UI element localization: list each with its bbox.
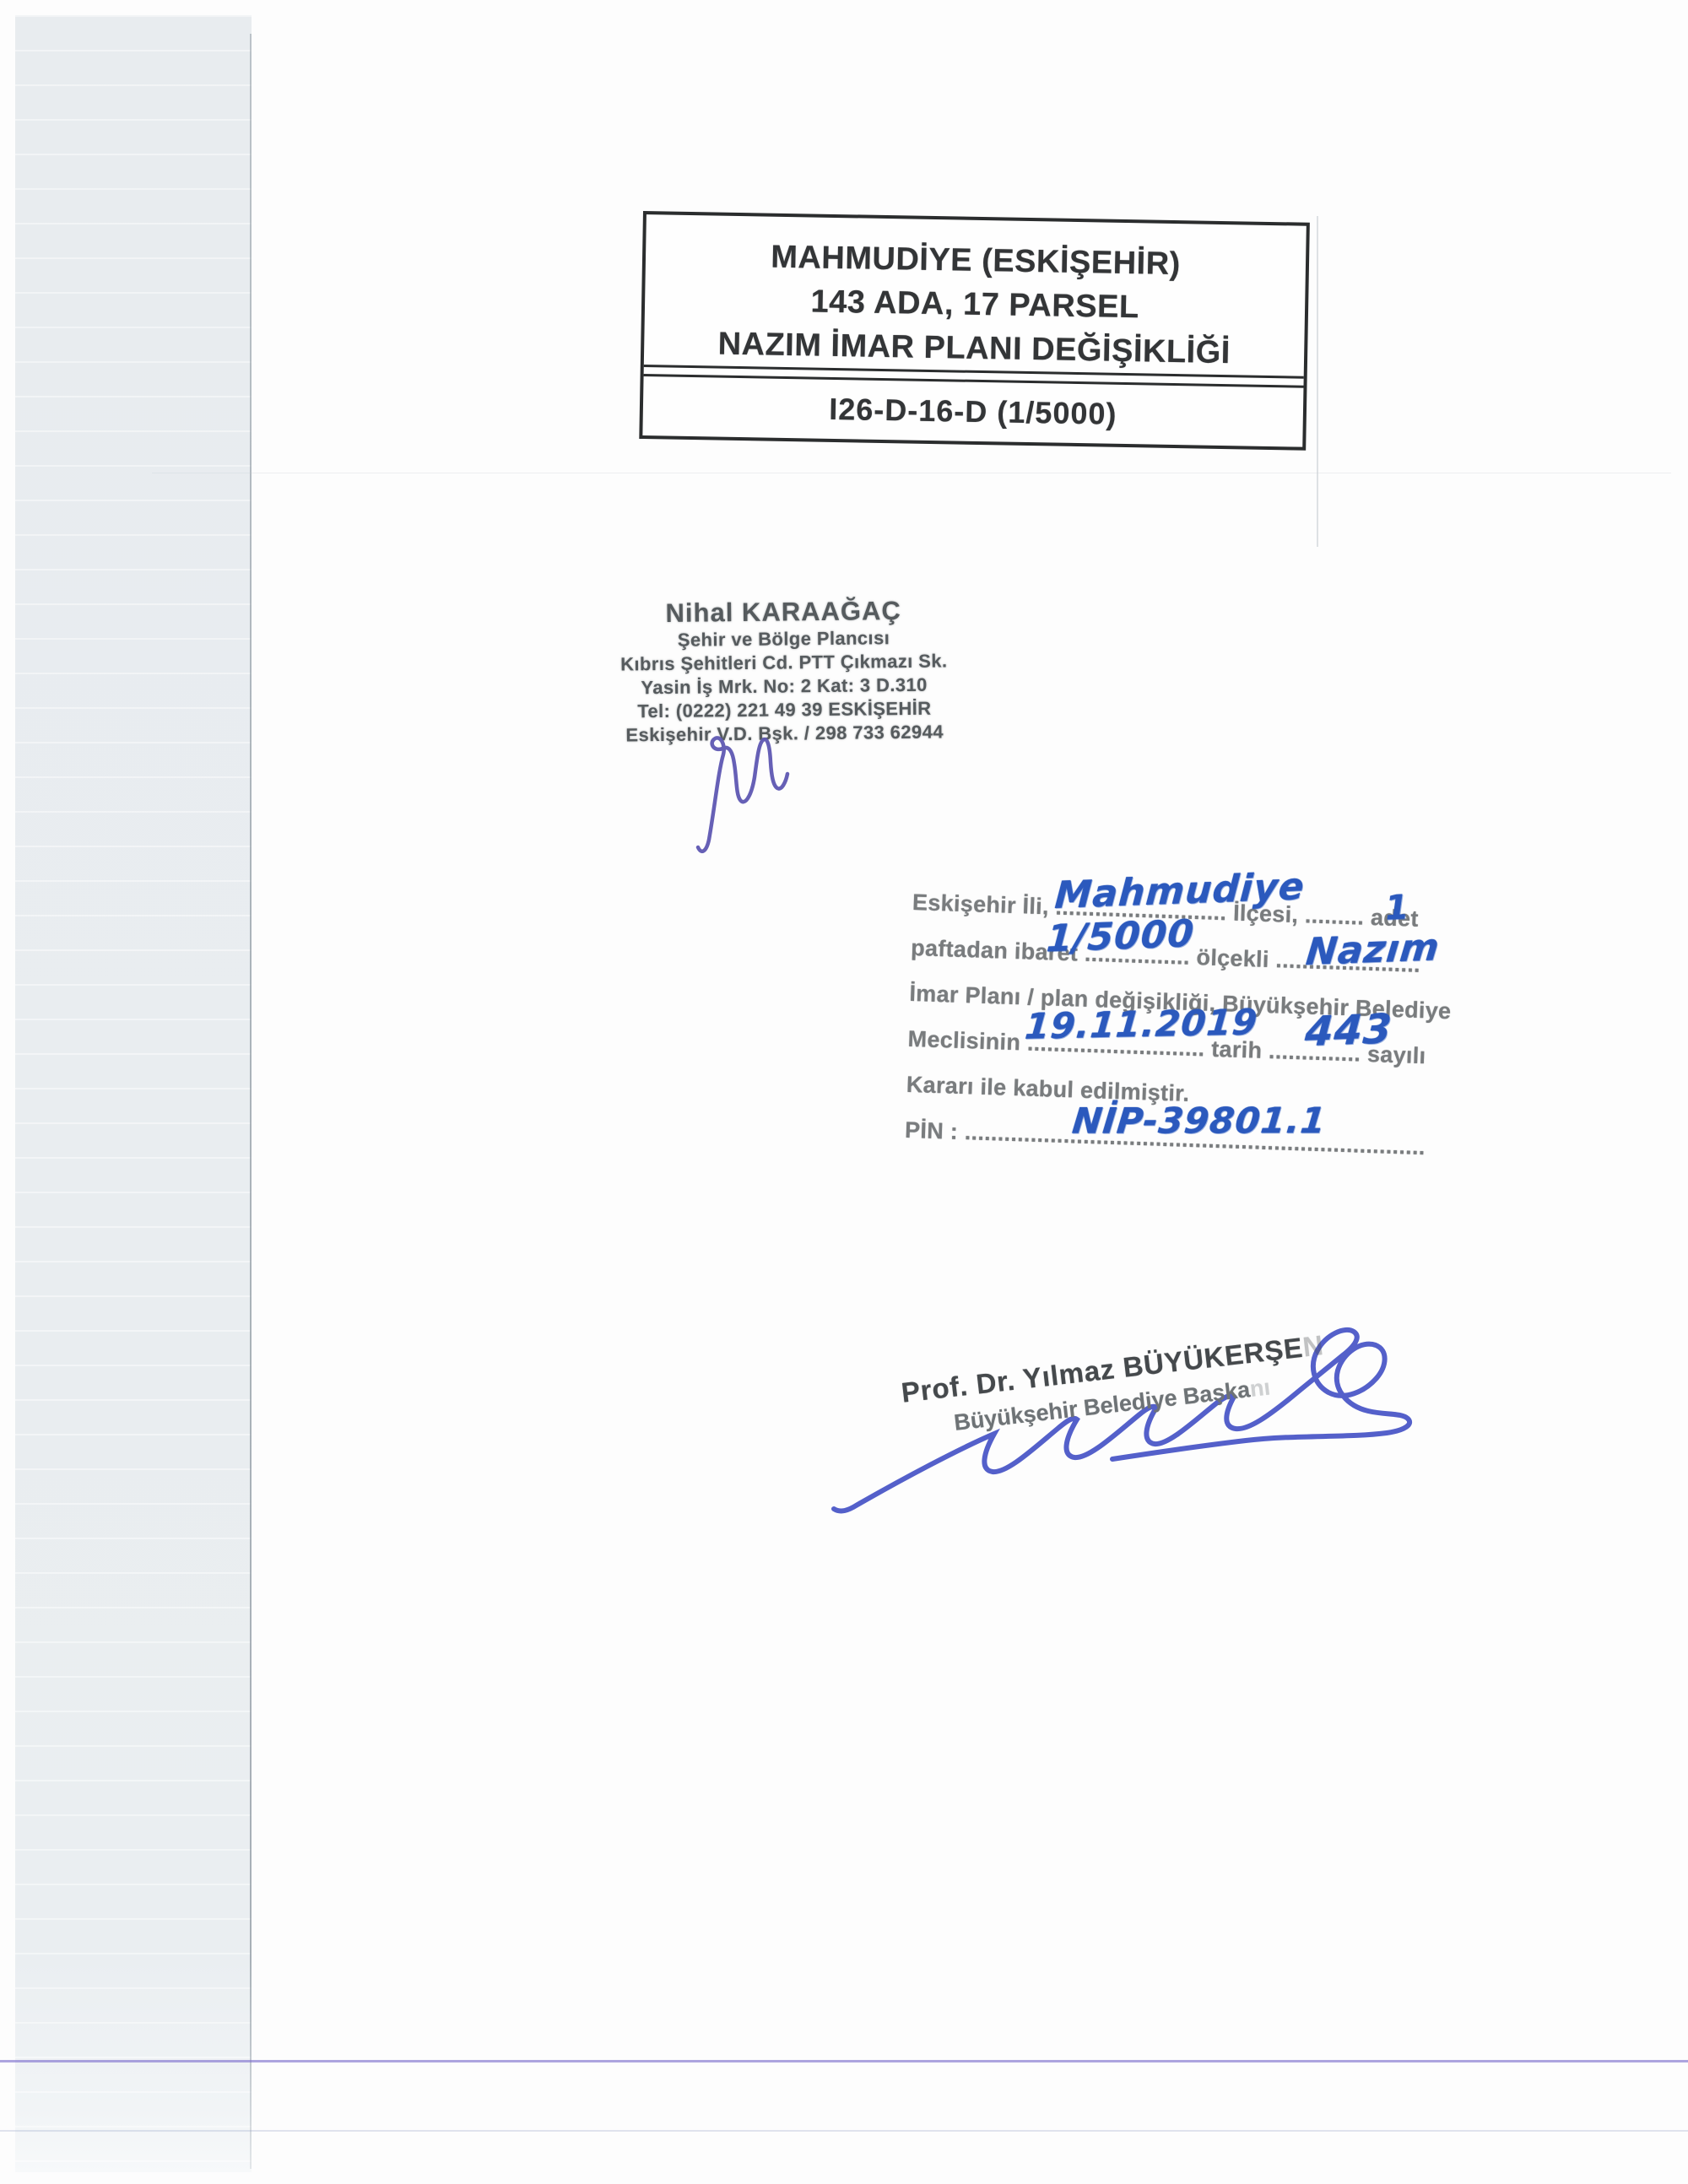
scanner-artifact-faint-line [0,2130,1688,2132]
title-box-edge-artifact [1317,216,1318,547]
plan-title-box: MAHMUDİYE (ESKİŞEHİR) 143 ADA, 17 PARSEL… [639,211,1310,451]
handwritten-decision-date: 19.11.2019 [1023,1001,1259,1046]
planner-signature-stroke [698,738,787,851]
plan-title-upper: MAHMUDİYE (ESKİŞEHİR) 143 ADA, 17 PARSEL… [644,214,1307,376]
page-edge-line [250,34,252,2169]
handwritten-decision-number: 443 [1303,1005,1393,1056]
page-edge-strip [15,15,252,2172]
scanner-artifact-purple-line [0,2060,1688,2062]
planner-signature-icon [675,726,802,861]
handwritten-scale: 1/5000 [1045,912,1196,961]
scanner-streak-line [152,473,1671,473]
planner-stamp: Nihal KARAAĞAÇ Şehir ve Bölge Plancısı K… [581,595,987,748]
mayor-name-cut: N [1301,1329,1326,1363]
mayor-title-cut: nı [1248,1374,1271,1402]
planner-name: Nihal KARAAĞAÇ [581,595,986,630]
approval-stamp: Eskişehir İli, .........................… [904,879,1554,1174]
sheet-code: I26-D-16-D (1/5000) [829,392,1117,432]
handwritten-plan-type: Nazım [1304,926,1442,974]
plan-title-lower: I26-D-16-D (1/5000) [642,376,1303,447]
handwritten-sheet-count: 1 [1384,888,1410,927]
scanned-document-page: MAHMUDİYE (ESKİŞEHİR) 143 ADA, 17 PARSEL… [0,0,1688,2184]
handwritten-pin-number: NİP-39801.1 [1070,1100,1328,1142]
